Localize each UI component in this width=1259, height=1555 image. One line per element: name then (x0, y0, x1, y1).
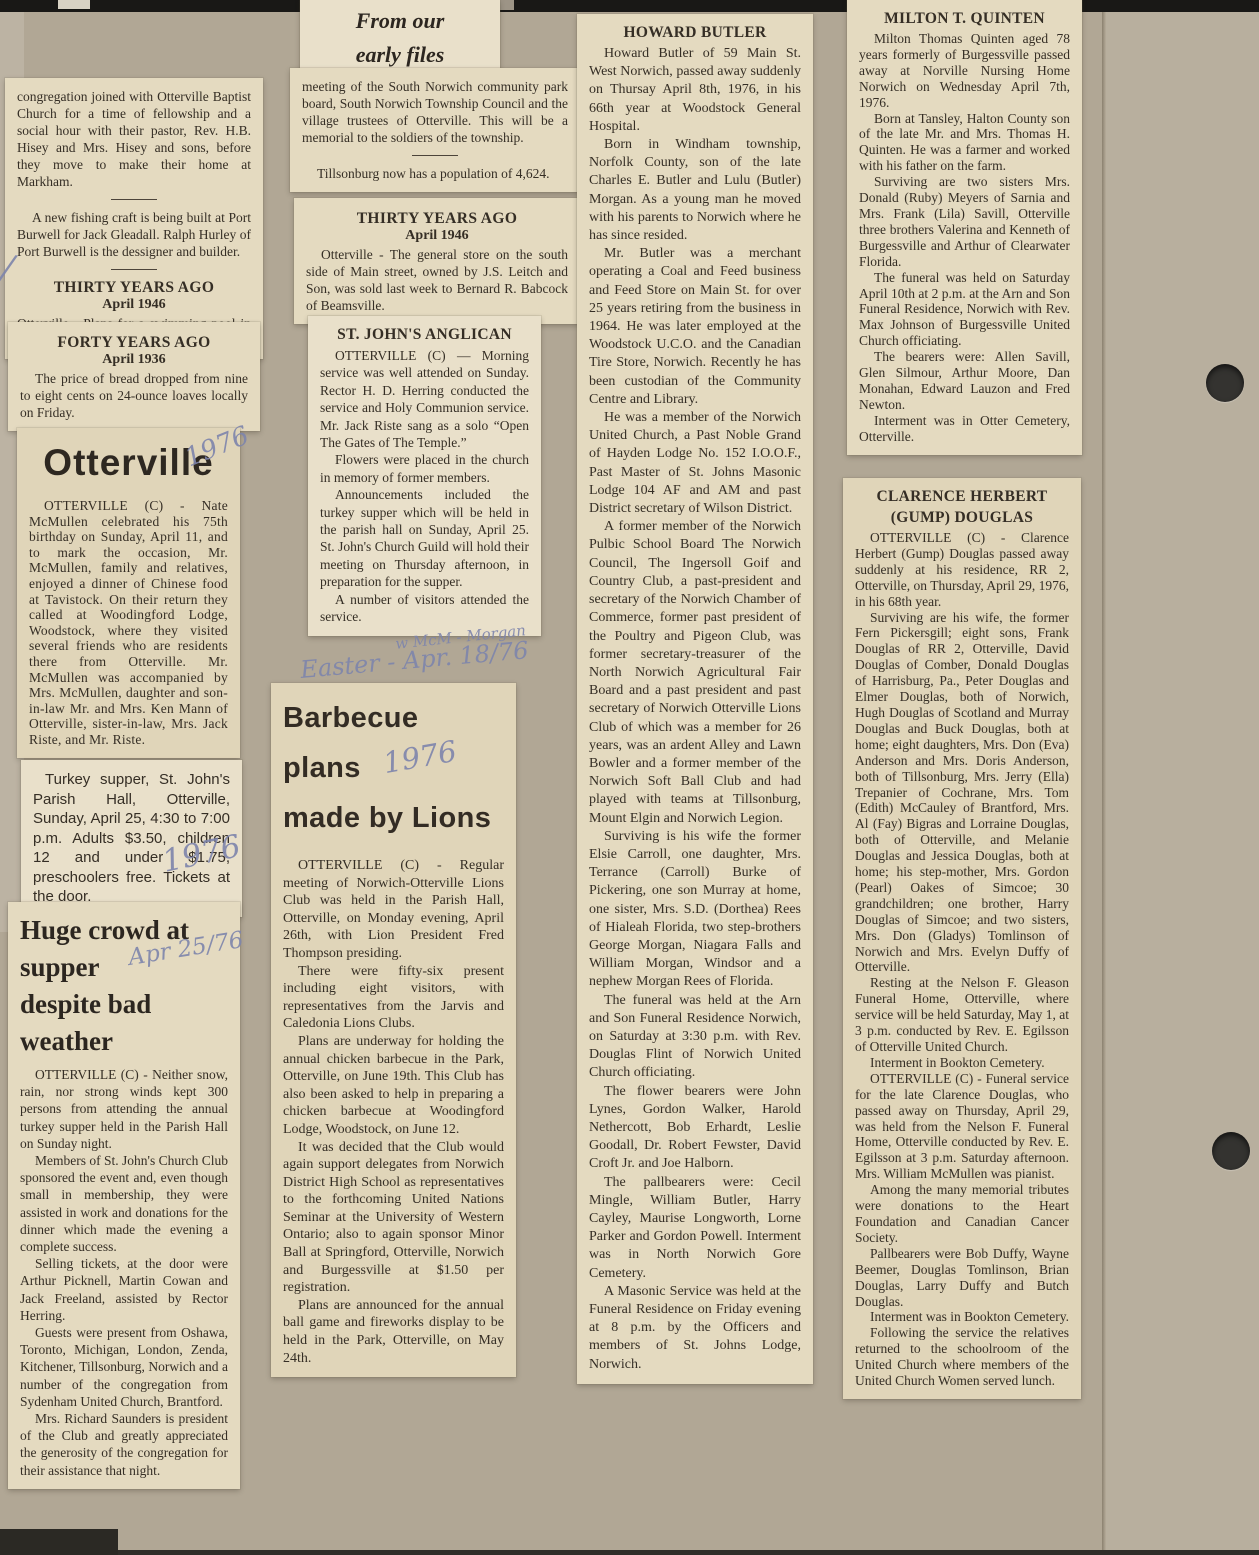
paragraph: Plans are underway for holding the annua… (283, 1033, 504, 1139)
paragraph: A Masonic Service was held at the Funera… (589, 1283, 801, 1374)
scan-edge-bottom (0, 1550, 1259, 1555)
headline-line2: made by Lions (283, 793, 504, 843)
paragraph: The funeral was held at the Arn and Son … (589, 992, 801, 1083)
article-body: OTTERVILLE (C) - Nate McMullen celebrate… (29, 498, 228, 748)
paragraph: Howard Butler of 59 Main St. West Norwic… (589, 45, 801, 136)
paragraph: A new fishing craft is being built at Po… (17, 209, 251, 260)
article-body: OTTERVILLE (C) — Morning service was wel… (320, 347, 529, 626)
paragraph: congregation joined with Otterville Bapt… (17, 88, 251, 190)
headline-line2: despite bad weather (20, 986, 228, 1060)
punch-hole (1212, 1132, 1250, 1170)
paragraph: OTTERVILLE (C) - Nate McMullen celebrate… (29, 498, 228, 748)
obituary-body: Howard Butler of 59 Main St. West Norwic… (589, 45, 801, 1374)
paragraph: Selling tickets, at the door were Arthur… (20, 1255, 228, 1324)
paragraph: OTTERVILLE (C) - Neither snow, rain, nor… (20, 1066, 228, 1152)
clipping-early-files-continuation: congregation joined with Otterville Bapt… (5, 78, 263, 359)
paragraph: He was a member of the Norwich United Ch… (589, 409, 801, 518)
paragraph: Otterville - The general store on the so… (306, 246, 568, 314)
paragraph: The flower bearers were John Lynes, Gord… (589, 1083, 801, 1174)
paragraph: Interment was in Bookton Cemetery. (855, 1309, 1069, 1325)
paragraph: Surviving are his wife, the former Fern … (855, 610, 1069, 976)
paragraph: It was decided that the Club would again… (283, 1139, 504, 1297)
paragraph: Born in Windham township, Norfolk County… (589, 136, 801, 245)
paragraph: Born at Tansley, Halton County son of th… (859, 111, 1070, 175)
clipping-obituary-howard-butler: HOWARD BUTLER Howard Butler of 59 Main S… (577, 14, 813, 1384)
paragraph: A number of visitors attended the servic… (320, 591, 529, 626)
scan-corner (0, 1529, 118, 1555)
article-body: OTTERVILLE (C) - Regular meeting of Norw… (283, 857, 504, 1367)
clipping-park-board: meeting of the South Norwich community p… (290, 68, 580, 192)
obituary-body: Milton Thomas Quinten aged 78 years form… (859, 31, 1070, 445)
paragraph: Flowers were placed in the church in mem… (320, 451, 529, 486)
page-right-margin (1106, 0, 1259, 1555)
clipping-barbecue-plans: Barbecue plans made by Lions OTTERVILLE … (271, 683, 516, 1377)
paragraph: OTTERVILLE (C) - Clarence Herbert (Gump)… (855, 530, 1069, 610)
paragraph: The price of bread dropped from nine to … (20, 370, 248, 421)
headline-howard-butler: HOWARD BUTLER (589, 24, 801, 42)
masthead-line1: From our (308, 4, 492, 38)
paragraph: Guests were present from Oshawa, Toronto… (20, 1324, 228, 1410)
clipping-obituary-milton-quinten: MILTON T. QUINTEN Milton Thomas Quinten … (847, 0, 1082, 455)
paragraph: Announcements included the turkey supper… (320, 486, 529, 590)
punch-hole (1206, 364, 1244, 402)
headline-milton-quinten: MILTON T. QUINTEN (859, 10, 1070, 28)
paragraph: Interment in Bookton Cemetery. (855, 1055, 1069, 1071)
paragraph: Pallbearers were Bob Duffy, Wayne Beemer… (855, 1246, 1069, 1310)
page-edge-crease (1102, 0, 1106, 1555)
scan-notch (58, 0, 90, 9)
paragraph: There were fifty-six present including e… (283, 963, 504, 1033)
headline-clarence-douglas-line1: CLARENCE HERBERT (855, 488, 1069, 506)
obituary-body: OTTERVILLE (C) - Clarence Herbert (Gump)… (855, 530, 1069, 1389)
paragraph: Tillsonburg now has a population of 4,62… (302, 165, 568, 182)
paragraph: Mrs. Richard Saunders is president of th… (20, 1410, 228, 1479)
clipping-obituary-clarence-douglas: CLARENCE HERBERT (GUMP) DOUGLAS OTTERVIL… (843, 478, 1081, 1399)
paragraph: Surviving is his wife the former Elsie C… (589, 828, 801, 992)
clipping-huge-crowd-at-supper: Huge crowd at supper despite bad weather… (8, 902, 240, 1489)
scrapbook-page: congregation joined with Otterville Bapt… (0, 0, 1259, 1555)
paragraph: meeting of the South Norwich community p… (302, 78, 568, 146)
section-date: April 1946 (17, 297, 251, 313)
paragraph: The bearers were: Allen Savill, Glen Sil… (859, 349, 1070, 413)
paragraph: Milton Thomas Quinten aged 78 years form… (859, 31, 1070, 111)
paragraph: Surviving are two sisters Mrs. Donald (R… (859, 174, 1070, 269)
section-heading: THIRTY YEARS AGO (306, 210, 568, 228)
masthead-line2: early files (308, 38, 492, 72)
paragraph: A former member of the Norwich Pulbic Sc… (589, 518, 801, 827)
clipping-otterville-mcmullen: Otterville OTTERVILLE (C) - Nate McMulle… (17, 428, 240, 758)
section-date: April 1936 (20, 352, 248, 368)
section-date: April 1946 (306, 228, 568, 244)
divider (412, 155, 458, 156)
paragraph: OTTERVILLE (C) - Funeral service for the… (855, 1071, 1069, 1182)
divider (111, 269, 157, 270)
headline-st-johns: ST. JOHN'S ANGLICAN (320, 326, 529, 344)
clipping-st-johns-anglican: ST. JOHN'S ANGLICAN OTTERVILLE (C) — Mor… (308, 316, 541, 636)
paragraph: Following the service the relatives retu… (855, 1325, 1069, 1389)
clipping-forty-years-ago: FORTY YEARS AGO April 1936 The price of … (8, 322, 260, 431)
clipping-thirty-years-ago-store: THIRTY YEARS AGO April 1946 Otterville -… (294, 198, 580, 324)
divider (111, 199, 157, 200)
paragraph: Members of St. John's Church Club sponso… (20, 1152, 228, 1255)
article-body: OTTERVILLE (C) - Neither snow, rain, nor… (20, 1066, 228, 1479)
section-heading: FORTY YEARS AGO (20, 334, 248, 352)
paragraph: Interment was in Otter Cemetery, Ottervi… (859, 413, 1070, 445)
paragraph: The pallbearers were: Cecil Mingle, Will… (589, 1174, 801, 1283)
paragraph: OTTERVILLE (C) - Regular meeting of Norw… (283, 857, 504, 963)
clipping-from-our-early-files: From our early files (300, 0, 500, 78)
paragraph: Mr. Butler was a merchant operating a Co… (589, 245, 801, 409)
headline-clarence-douglas-line2: (GUMP) DOUGLAS (855, 509, 1069, 527)
paragraph: Among the many memorial tributes were do… (855, 1182, 1069, 1246)
paragraph: The funeral was held on Saturday April 1… (859, 270, 1070, 350)
paragraph: OTTERVILLE (C) — Morning service was wel… (320, 347, 529, 451)
section-heading: THIRTY YEARS AGO (17, 279, 251, 297)
paragraph: Resting at the Nelson F. Gleason Funeral… (855, 975, 1069, 1055)
paragraph: Plans are announced for the annual ball … (283, 1297, 504, 1367)
